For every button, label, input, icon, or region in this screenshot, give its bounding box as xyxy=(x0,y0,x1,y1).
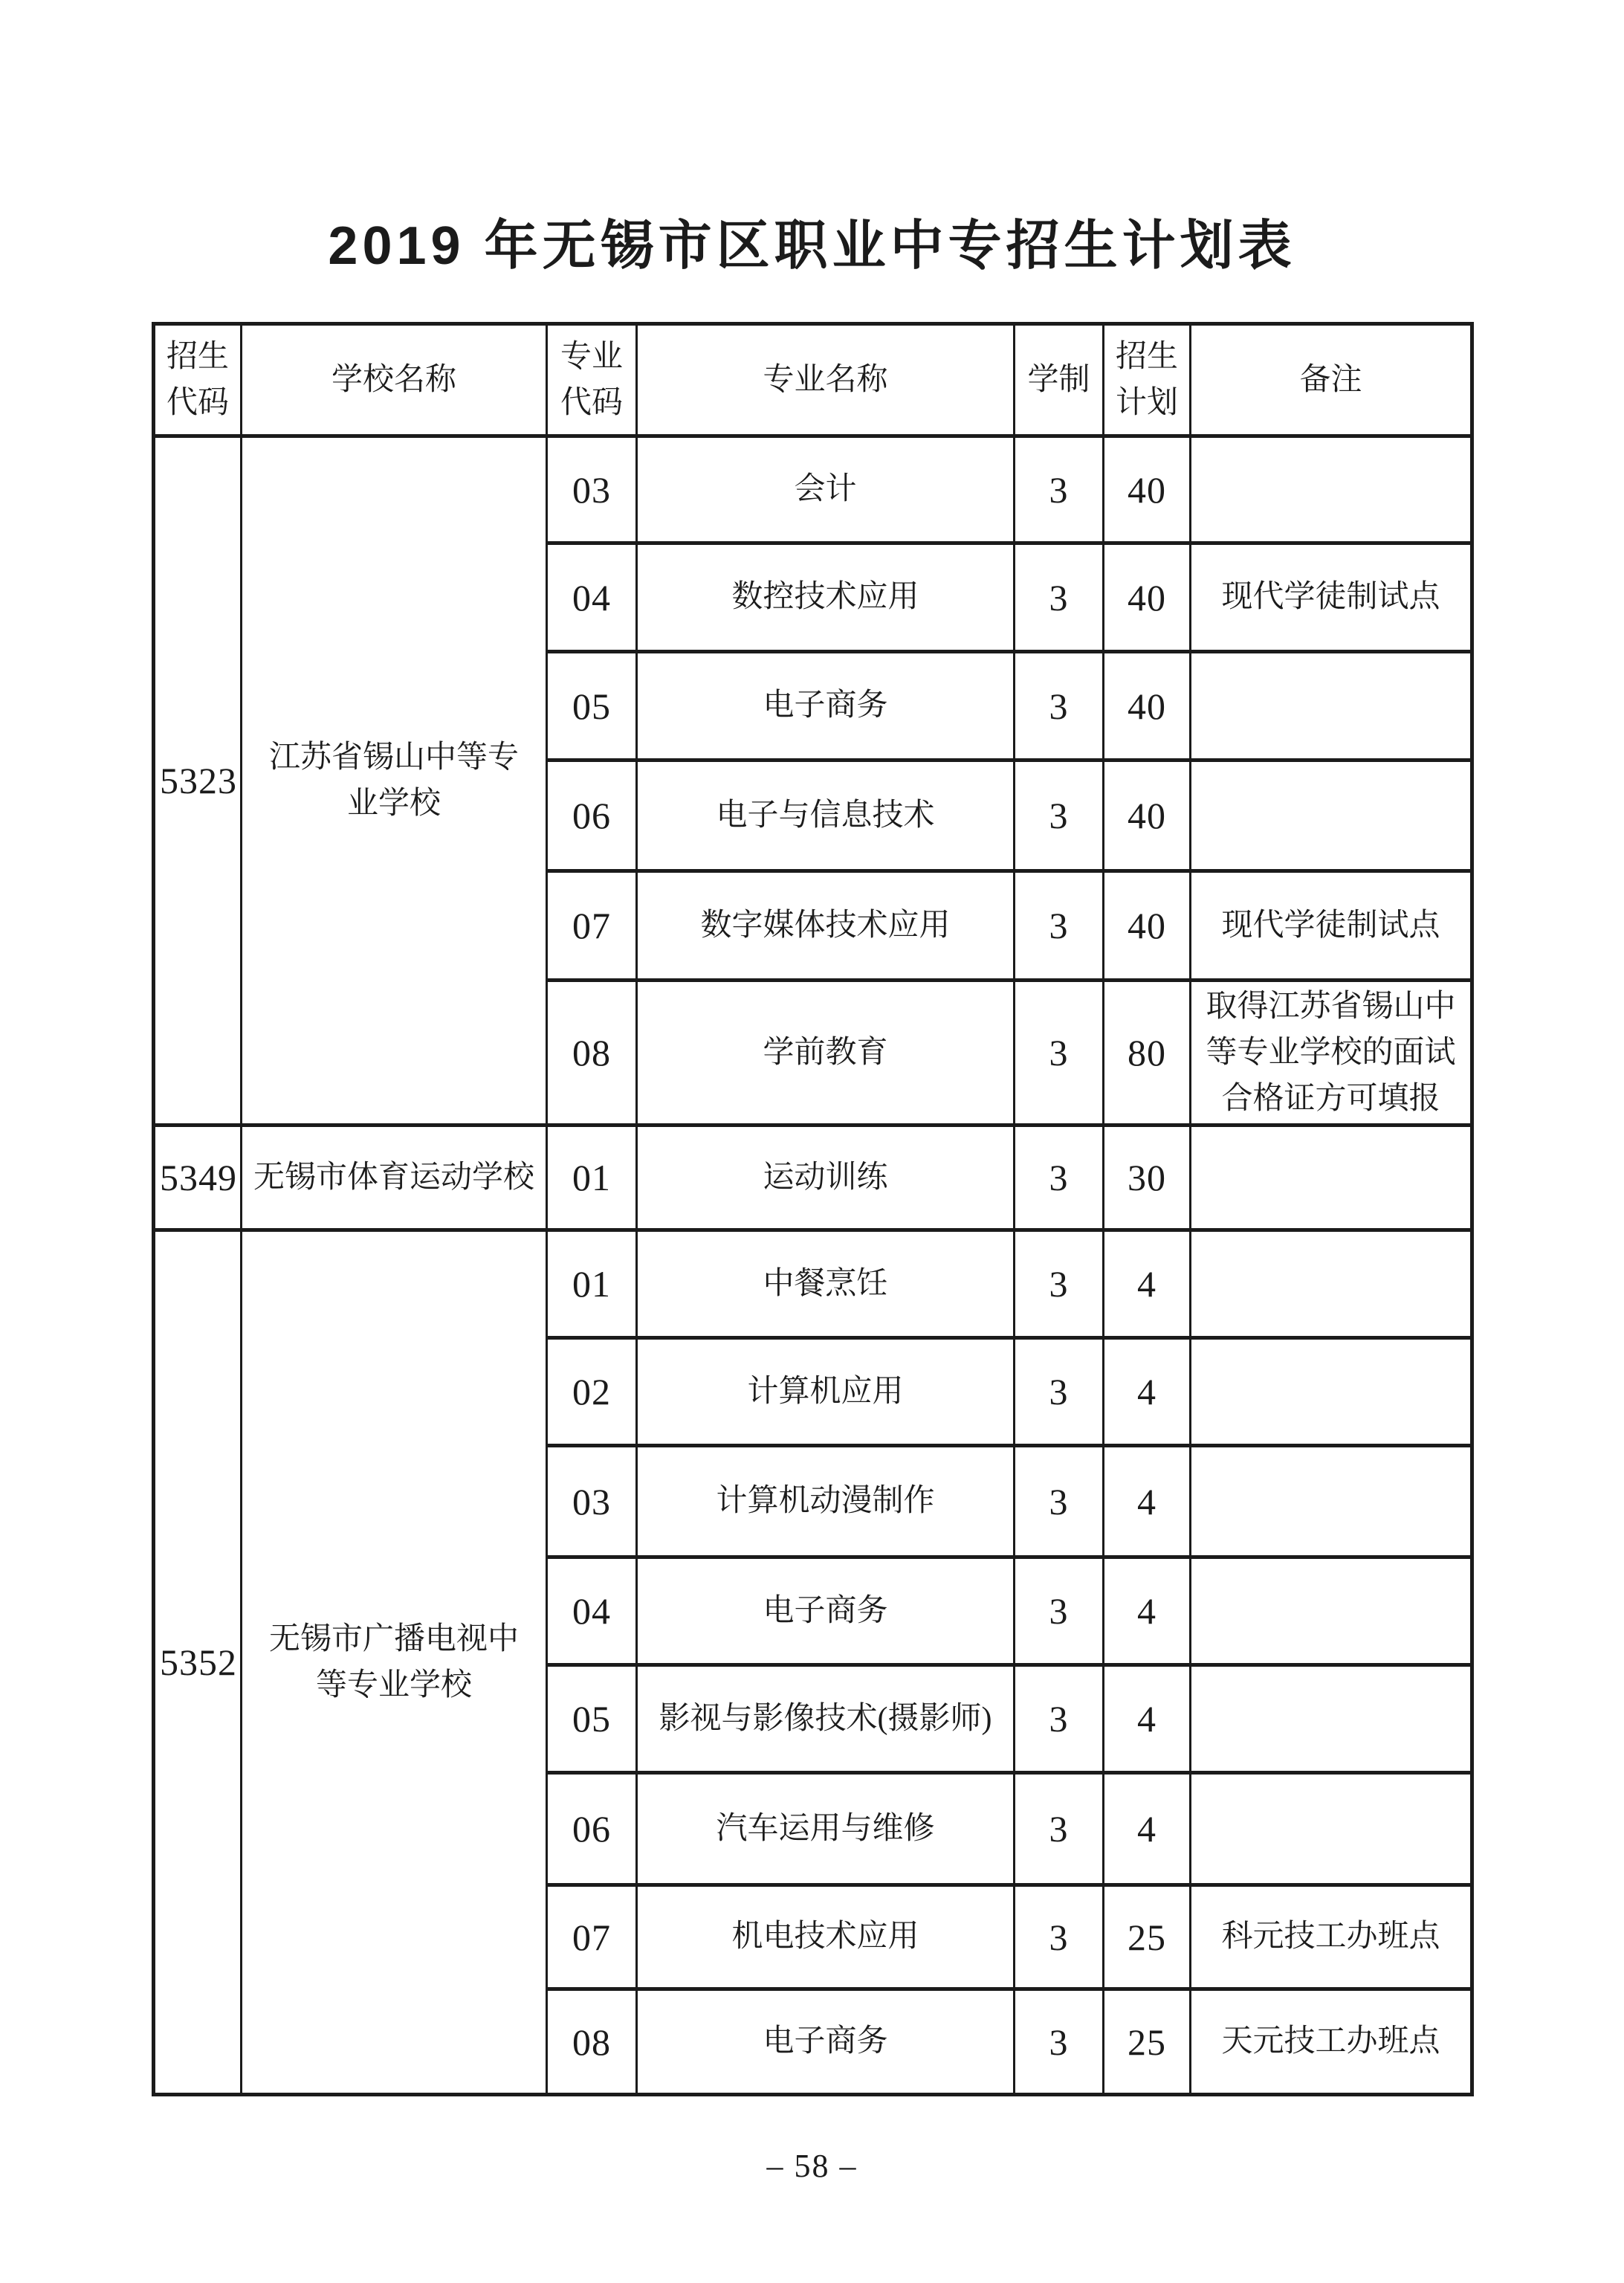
major-plan: 4 xyxy=(1104,1557,1191,1665)
major-remark: 现代学徒制试点 xyxy=(1191,543,1472,652)
major-name: 运动训练 xyxy=(637,1126,1015,1230)
school-code: 5323 xyxy=(154,436,242,1126)
major-plan: 25 xyxy=(1104,1885,1191,1989)
major-remark: 取得江苏省锡山中 等专业学校的面试 合格证方可填报 xyxy=(1191,981,1472,1126)
major-plan: 40 xyxy=(1104,871,1191,981)
major-code: 01 xyxy=(547,1126,637,1230)
major-plan: 25 xyxy=(1104,1989,1191,2095)
enrollment-plan-table: 招生 代码 学校名称 专业 代码 专业名称 学制 招生 计划 备注 5323 江… xyxy=(152,322,1474,2096)
major-years: 3 xyxy=(1015,1557,1104,1665)
major-name: 会计 xyxy=(637,436,1015,543)
major-years: 3 xyxy=(1015,981,1104,1126)
major-remark xyxy=(1191,1126,1472,1230)
major-name: 汽车运用与维修 xyxy=(637,1773,1015,1885)
major-code: 05 xyxy=(547,1665,637,1773)
major-years: 3 xyxy=(1015,1338,1104,1446)
major-years: 3 xyxy=(1015,1665,1104,1773)
major-plan: 4 xyxy=(1104,1446,1191,1557)
col-header-major-name: 专业名称 xyxy=(637,324,1015,436)
header-row: 招生 代码 学校名称 专业 代码 专业名称 学制 招生 计划 备注 xyxy=(154,324,1472,436)
major-name: 学前教育 xyxy=(637,981,1015,1126)
major-plan: 4 xyxy=(1104,1665,1191,1773)
school-name: 江苏省锡山中等专 业学校 xyxy=(242,436,547,1126)
major-remark xyxy=(1191,761,1472,871)
major-name: 计算机动漫制作 xyxy=(637,1446,1015,1557)
major-remark: 天元技工办班点 xyxy=(1191,1989,1472,2095)
page-number: – 58 – xyxy=(0,2147,1624,2185)
col-header-school-name: 学校名称 xyxy=(242,324,547,436)
col-header-enroll-code: 招生 代码 xyxy=(154,324,242,436)
major-years: 3 xyxy=(1015,652,1104,761)
col-header-years: 学制 xyxy=(1015,324,1104,436)
major-name: 电子商务 xyxy=(637,1989,1015,2095)
major-remark xyxy=(1191,1773,1472,1885)
major-code: 06 xyxy=(547,761,637,871)
school-code: 5349 xyxy=(154,1126,242,1230)
major-code: 02 xyxy=(547,1338,637,1446)
major-years: 3 xyxy=(1015,543,1104,652)
major-code: 06 xyxy=(547,1773,637,1885)
major-remark xyxy=(1191,1446,1472,1557)
major-years: 3 xyxy=(1015,761,1104,871)
major-years: 3 xyxy=(1015,871,1104,981)
major-code: 05 xyxy=(547,652,637,761)
major-code: 07 xyxy=(547,871,637,981)
major-name: 电子商务 xyxy=(637,1557,1015,1665)
school-name: 无锡市体育运动学校 xyxy=(242,1126,547,1230)
major-remark: 现代学徒制试点 xyxy=(1191,871,1472,981)
major-code: 01 xyxy=(547,1230,637,1338)
major-years: 3 xyxy=(1015,1773,1104,1885)
major-years: 3 xyxy=(1015,1989,1104,2095)
major-years: 3 xyxy=(1015,1885,1104,1989)
major-code: 04 xyxy=(547,1557,637,1665)
major-code: 07 xyxy=(547,1885,637,1989)
major-name: 数控技术应用 xyxy=(637,543,1015,652)
col-header-remark: 备注 xyxy=(1191,324,1472,436)
major-name: 电子商务 xyxy=(637,652,1015,761)
major-name: 机电技术应用 xyxy=(637,1885,1015,1989)
major-plan: 40 xyxy=(1104,652,1191,761)
major-code: 03 xyxy=(547,1446,637,1557)
major-name: 数字媒体技术应用 xyxy=(637,871,1015,981)
major-plan: 40 xyxy=(1104,436,1191,543)
major-years: 3 xyxy=(1015,1126,1104,1230)
major-code: 04 xyxy=(547,543,637,652)
school-code: 5352 xyxy=(154,1230,242,2095)
major-row: 5352 无锡市广播电视中 等专业学校 01 中餐烹饪 3 4 xyxy=(154,1230,1472,1338)
major-name: 中餐烹饪 xyxy=(637,1230,1015,1338)
major-plan: 30 xyxy=(1104,1126,1191,1230)
major-name: 影视与影像技术(摄影师) xyxy=(637,1665,1015,1773)
major-years: 3 xyxy=(1015,1446,1104,1557)
col-header-plan: 招生 计划 xyxy=(1104,324,1191,436)
major-remark xyxy=(1191,436,1472,543)
major-code: 08 xyxy=(547,981,637,1126)
major-plan: 40 xyxy=(1104,543,1191,652)
document-page: 2019 年无锡市区职业中专招生计划表 招生 代码 学校名称 专业 代码 专业名… xyxy=(0,0,1624,2283)
major-years: 3 xyxy=(1015,1230,1104,1338)
major-plan: 4 xyxy=(1104,1773,1191,1885)
major-plan: 4 xyxy=(1104,1338,1191,1446)
major-plan: 40 xyxy=(1104,761,1191,871)
major-row: 5323 江苏省锡山中等专 业学校 03 会计 3 40 xyxy=(154,436,1472,543)
major-code: 08 xyxy=(547,1989,637,2095)
major-name: 电子与信息技术 xyxy=(637,761,1015,871)
major-name: 计算机应用 xyxy=(637,1338,1015,1446)
school-name: 无锡市广播电视中 等专业学校 xyxy=(242,1230,547,2095)
major-remark xyxy=(1191,1230,1472,1338)
col-header-major-code: 专业 代码 xyxy=(547,324,637,436)
major-plan: 4 xyxy=(1104,1230,1191,1338)
major-remark xyxy=(1191,1665,1472,1773)
major-remark xyxy=(1191,1338,1472,1446)
major-plan: 80 xyxy=(1104,981,1191,1126)
major-years: 3 xyxy=(1015,436,1104,543)
major-remark xyxy=(1191,652,1472,761)
major-remark xyxy=(1191,1557,1472,1665)
major-row: 5349 无锡市体育运动学校 01 运动训练 3 30 xyxy=(154,1126,1472,1230)
major-remark: 科元技工办班点 xyxy=(1191,1885,1472,1989)
page-title: 2019 年无锡市区职业中专招生计划表 xyxy=(0,202,1624,280)
major-code: 03 xyxy=(547,436,637,543)
